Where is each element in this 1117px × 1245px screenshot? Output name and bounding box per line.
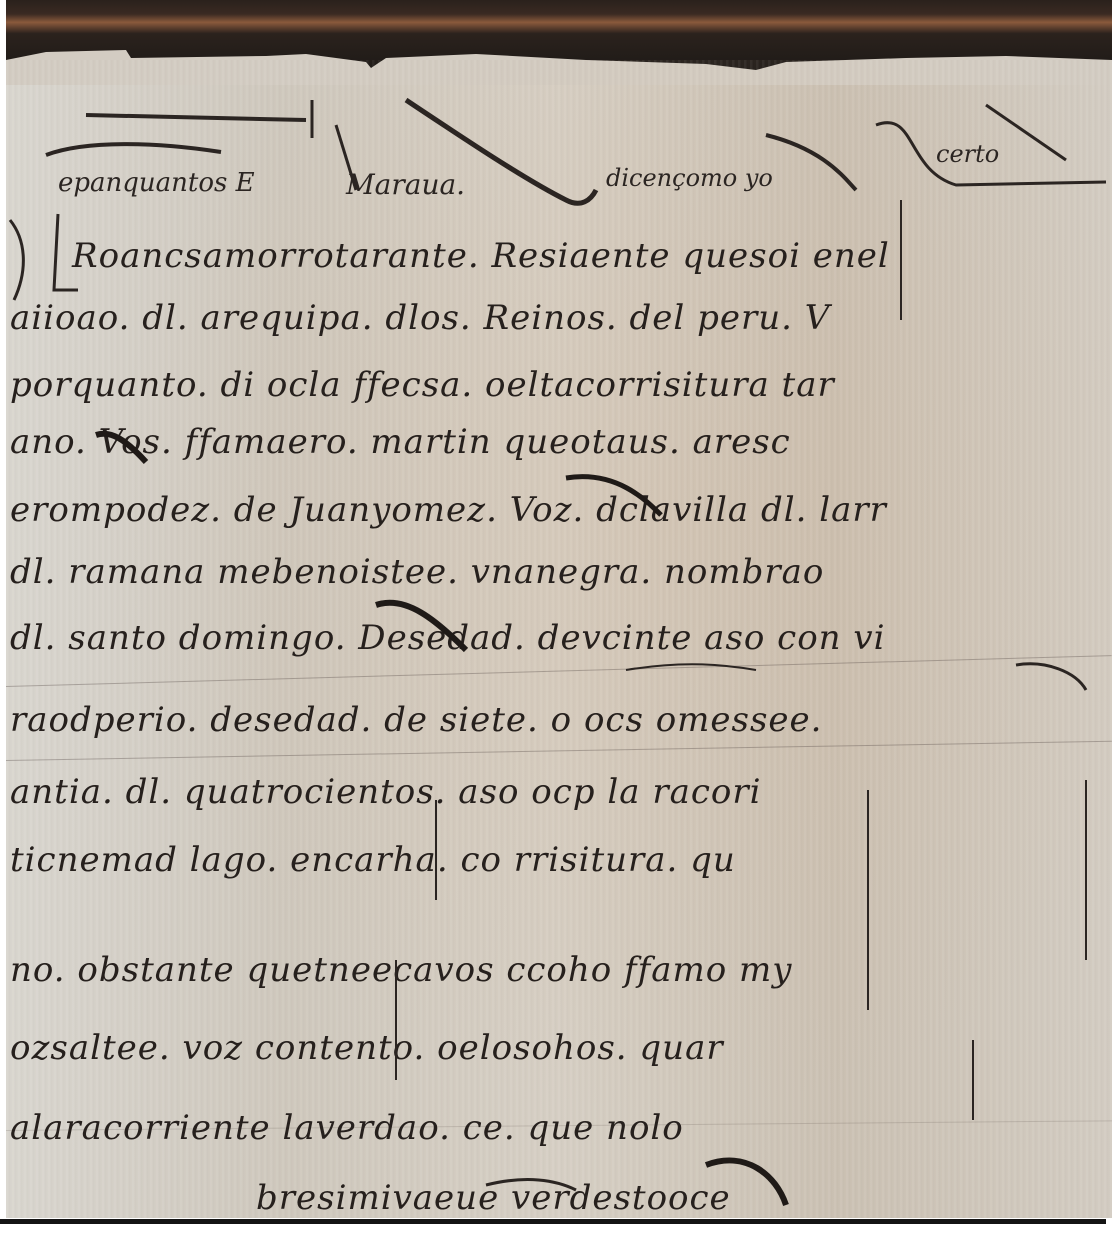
manuscript-line-4: ano. Vos. ffamaero. martin queotaus. are… <box>10 422 791 462</box>
document-heading: epanquantos E Maraua. dicençomo yo certo <box>46 150 1106 210</box>
manuscript-line-6: dl. ramana mebenoistee. vnanegra. nombra… <box>10 552 824 592</box>
manuscript-line-12: ozsaltee. voz contento. oelosohos. quar <box>10 1028 724 1068</box>
manuscript-line-8: raodperio. desedad. de siete. o ocs omes… <box>10 700 823 740</box>
manuscript-photo: epanquantos E Maraua. dicençomo yo certo… <box>6 0 1112 1218</box>
manuscript-line-1: Roancsamorrotarante. Resiaente quesoi en… <box>72 236 890 276</box>
manuscript-line-14: bresimivaeue verdestooce <box>256 1178 731 1218</box>
manuscript-line-3: porquanto. di ocla ffecsa. oeltacorrisit… <box>10 365 835 405</box>
manuscript-line-9: antia. dl. quatrocientos. aso ocp la rac… <box>10 772 762 812</box>
manuscript-line-7: dl. santo domingo. Desedad. devcinte aso… <box>10 618 885 658</box>
bottom-frame-rule <box>0 1219 1106 1224</box>
manuscript-line-13: alaracorriente laverdao. ce. que nolo <box>10 1108 684 1148</box>
margin-note: certo <box>936 140 999 168</box>
manuscript-line-5: erompodez. de Juanyomez. Voz. dclavilla … <box>10 490 887 530</box>
manuscript-line-10: ticnemad lago. encarha. co rrisitura. qu <box>10 840 736 880</box>
heading-center: Maraua. <box>346 168 465 201</box>
manuscript-line-11: no. obstante quetneecavos ccoho ffamo my <box>10 950 792 990</box>
heading-right: dicençomo yo <box>606 164 773 192</box>
heading-left: epanquantos E <box>58 168 255 198</box>
manuscript-line-2: aiioao. dl. arequipa. dlos. Reinos. del … <box>10 298 830 338</box>
